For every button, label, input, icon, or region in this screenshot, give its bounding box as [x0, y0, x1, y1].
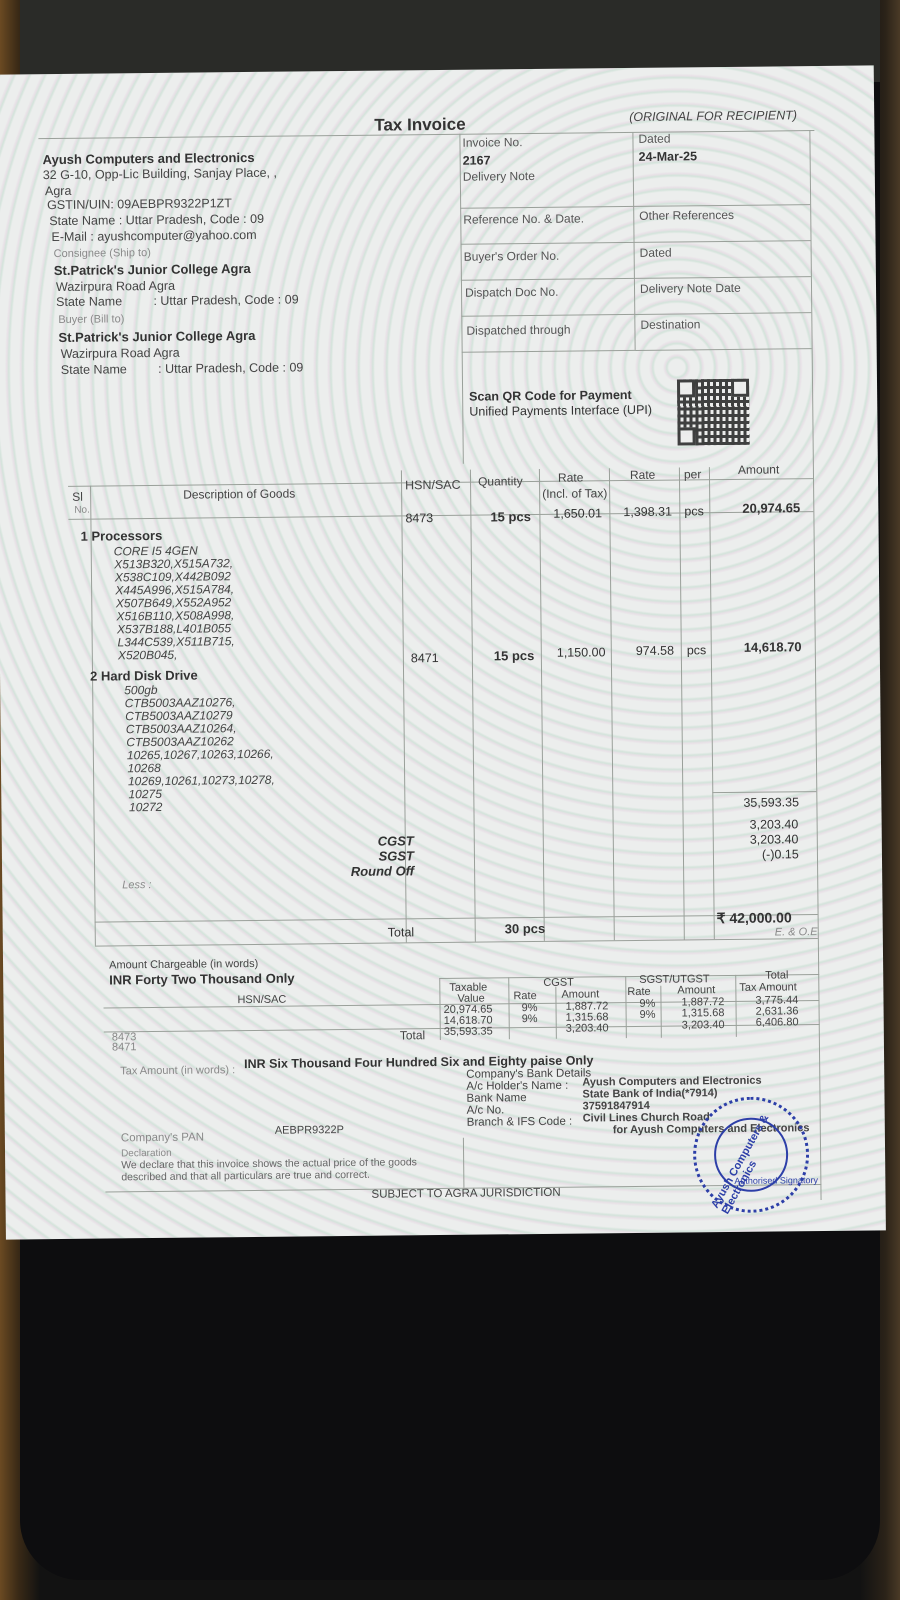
- rule: [508, 977, 510, 1039]
- rule: [461, 240, 811, 245]
- seller-gstin: GSTIN/UIN: 09AEBPR9322P1ZT: [47, 196, 232, 212]
- qr-code-icon[interactable]: [677, 379, 750, 446]
- amount-words: INR Forty Two Thousand Only: [109, 971, 295, 988]
- other-ref-label: Other References: [639, 208, 734, 223]
- item-description-line: X520B045,: [118, 648, 235, 662]
- header-no: No.: [74, 505, 90, 516]
- ts-header-cgst-amount: Amount: [561, 988, 599, 1000]
- header-rate-incl-sub: (Incl. of Tax): [542, 486, 607, 501]
- amount-words-label: Amount Chargeable (in words): [109, 958, 258, 972]
- dispatched-through-label: Dispatched through: [466, 323, 570, 338]
- seller-city: Agra: [45, 184, 72, 198]
- item-quantity: 15 pcs: [494, 648, 535, 663]
- header-sl: Sl: [72, 490, 83, 504]
- bank-acno-label: A/c No.: [467, 1104, 505, 1116]
- invoice-document: Tax Invoice (ORIGINAL FOR RECIPIENT) Ayu…: [0, 65, 886, 1239]
- rule: [539, 469, 545, 941]
- rule: [463, 1138, 465, 1188]
- jurisdiction-note: SUBJECT TO AGRA JURISDICTION: [371, 1187, 560, 1201]
- pan-value: AEBPR9322P: [275, 1124, 344, 1137]
- company-stamp-icon: Ayush Computers & Electronics Authorised…: [692, 1096, 809, 1213]
- rule: [609, 468, 615, 940]
- rule: [709, 467, 715, 939]
- rule: [95, 914, 818, 923]
- reference-label: Reference No. & Date.: [463, 211, 584, 226]
- ts-sgst-amount: 1,315.68: [682, 1007, 725, 1019]
- ts-total-cgst: 3,203.40: [566, 1022, 609, 1034]
- bank-acno: 37591847914: [583, 1100, 650, 1113]
- upi-line1: Scan QR Code for Payment: [469, 388, 632, 404]
- buyers-order-label: Buyer's Order No.: [464, 249, 560, 264]
- copy-label: (ORIGINAL FOR RECIPIENT): [629, 108, 797, 124]
- invoice-no-label: Invoice No.: [462, 135, 522, 150]
- bank-heading: Company's Bank Details: [466, 1067, 591, 1080]
- consignee-address: Wazirpura Road Agra: [56, 279, 175, 294]
- dated2-label: Dated: [640, 246, 672, 260]
- buyer-state-value: : Uttar Pradesh, Code : 09: [158, 360, 303, 376]
- rule: [460, 204, 810, 209]
- item-quantity: 15 pcs: [490, 509, 531, 524]
- rule: [712, 791, 816, 793]
- seller-state-value: : Uttar Pradesh, Code : 09: [119, 212, 264, 228]
- item-hsn: 8471: [411, 651, 439, 665]
- item-name: Processors: [91, 528, 162, 544]
- total-label: Total: [388, 925, 415, 939]
- rule: [809, 130, 821, 1200]
- ts-header-cgst-rate: Rate: [513, 990, 536, 1002]
- less-label: Less :: [122, 879, 151, 891]
- buyer-state-label: State Name: [61, 362, 127, 377]
- item-description: 500gbCTB5003AAZ10276,CTB5003AAZ10279CTB5…: [124, 683, 275, 815]
- rule: [735, 975, 737, 1037]
- pan-label: Company's PAN: [121, 1131, 204, 1144]
- ts-total-sgst: 3,203.40: [682, 1019, 725, 1031]
- bank-name-label: Bank Name: [466, 1092, 526, 1105]
- seller-address: 32 G-10, Opp-Lic Building, Sanjay Place,…: [43, 166, 277, 182]
- item-amount: 20,974.65: [742, 500, 800, 516]
- ts-cgst-rate: 9%: [522, 1013, 538, 1025]
- cgst-amount: 3,203.40: [750, 817, 799, 832]
- rule: [555, 987, 557, 1039]
- destination-label: Destination: [640, 317, 700, 332]
- buyer-label: Buyer (Bill to): [58, 313, 124, 326]
- item-per: pcs: [684, 504, 704, 518]
- declaration-label: Declaration: [121, 1148, 172, 1160]
- seller-state-label: State Name: [49, 213, 115, 228]
- ts-header-total-sub: Tax Amount: [739, 981, 797, 994]
- invoice-title: Tax Invoice: [374, 115, 466, 136]
- rule: [439, 974, 819, 979]
- ts-header-sgst-rate: Rate: [627, 986, 650, 998]
- ts-total-taxable: 35,593.35: [444, 1025, 493, 1038]
- ts-hsn: 8471: [112, 1041, 137, 1053]
- delivery-note-label: Delivery Note: [463, 169, 535, 184]
- invoice-no: 2167: [463, 153, 491, 167]
- total-quantity: 30 pcs: [505, 921, 546, 936]
- tax-words-label: Tax Amount (in words) :: [120, 1064, 235, 1077]
- upi-line2: Unified Payments Interface (UPI): [469, 403, 652, 419]
- signatory-label: Authorised Signatory: [734, 1175, 818, 1186]
- rule: [95, 938, 818, 947]
- item-rate: 1,398.31: [623, 505, 672, 520]
- header-rate-incl: Rate: [558, 470, 584, 484]
- item-description: CORE I5 4GENX513B320,X515A732,X538C109,X…: [114, 544, 235, 662]
- consignee-name: St.Patrick's Junior College Agra: [54, 261, 251, 278]
- seller-email: E-Mail : ayushcomputer@yahoo.com: [51, 228, 256, 244]
- item-rate-incl: 1,650.01: [553, 506, 602, 521]
- item-name: Hard Disk Drive: [101, 668, 198, 684]
- subtotal-amount: 35,593.35: [743, 795, 799, 810]
- rule: [90, 486, 96, 946]
- header-rate: Rate: [630, 468, 656, 482]
- header-amount: Amount: [738, 462, 780, 476]
- consignee-state-value: : Uttar Pradesh, Code : 09: [153, 292, 298, 308]
- item-rate: 974.58: [636, 644, 674, 658]
- round-off-label: Round Off: [342, 863, 414, 879]
- dated-value: 24-Mar-25: [639, 149, 698, 164]
- item-per: pcs: [687, 643, 707, 657]
- item-sl: 1: [81, 529, 88, 544]
- rule: [660, 986, 662, 1038]
- bank-holder-label: A/c Holder's Name :: [466, 1080, 568, 1093]
- ts-header-sgst-amount: Amount: [677, 984, 715, 996]
- ts-sgst-rate: 9%: [640, 1009, 656, 1021]
- dated-label: Dated: [638, 132, 670, 146]
- bank-holder: Ayush Computers and Electronics: [582, 1075, 761, 1089]
- qr-finder: [677, 379, 695, 397]
- rule: [439, 978, 441, 1040]
- buyer-name: St.Patrick's Junior College Agra: [58, 328, 255, 345]
- rule: [679, 467, 685, 939]
- buyer-address: Wazirpura Road Agra: [61, 346, 180, 361]
- consignee-state-label: State Name: [56, 294, 122, 309]
- header-quantity: Quantity: [478, 474, 523, 488]
- rule: [461, 276, 811, 281]
- qr-finder: [677, 427, 695, 445]
- item-amount: 14,618.70: [744, 639, 802, 655]
- eoe-label: E. & O.E: [775, 926, 818, 938]
- rule: [461, 312, 811, 317]
- sgst-amount: 3,203.40: [750, 832, 799, 847]
- dispatch-doc-label: Dispatch Doc No.: [465, 285, 559, 300]
- sgst-label: SGST: [372, 848, 414, 863]
- bank-name: State Bank of India(*7914): [582, 1087, 717, 1100]
- ts-header-hsn: HSN/SAC: [237, 994, 286, 1007]
- rule: [470, 470, 476, 942]
- rule: [462, 348, 812, 353]
- item-hsn: 8473: [405, 511, 433, 525]
- total-amount: ₹ 42,000.00: [717, 909, 792, 927]
- cgst-label: CGST: [372, 833, 414, 848]
- item-sl: 2: [90, 669, 97, 684]
- header-hsn: HSN/SAC: [405, 478, 461, 493]
- header-description: Description of Goods: [183, 487, 295, 502]
- ts-total-tax: 6,406.80: [756, 1016, 799, 1028]
- ts-header-total: Total: [765, 969, 788, 981]
- ts-header-cgst: CGST: [543, 977, 574, 989]
- item-description-line: 10272: [129, 800, 275, 815]
- declaration-line2: described and that all particulars are t…: [121, 1169, 370, 1184]
- bank-branch-label: Branch & IFS Code :: [467, 1116, 573, 1129]
- round-off-amount: (-)0.15: [762, 847, 799, 861]
- qr-finder: [731, 379, 749, 397]
- item-rate-incl: 1,150.00: [557, 645, 606, 660]
- consignee-label: Consignee (Ship to): [54, 247, 151, 260]
- header-per: per: [684, 467, 701, 481]
- ts-total-label: Total: [400, 1028, 426, 1042]
- delivery-note-date-label: Delivery Note Date: [640, 281, 741, 296]
- seller-name: Ayush Computers and Electronics: [43, 150, 255, 167]
